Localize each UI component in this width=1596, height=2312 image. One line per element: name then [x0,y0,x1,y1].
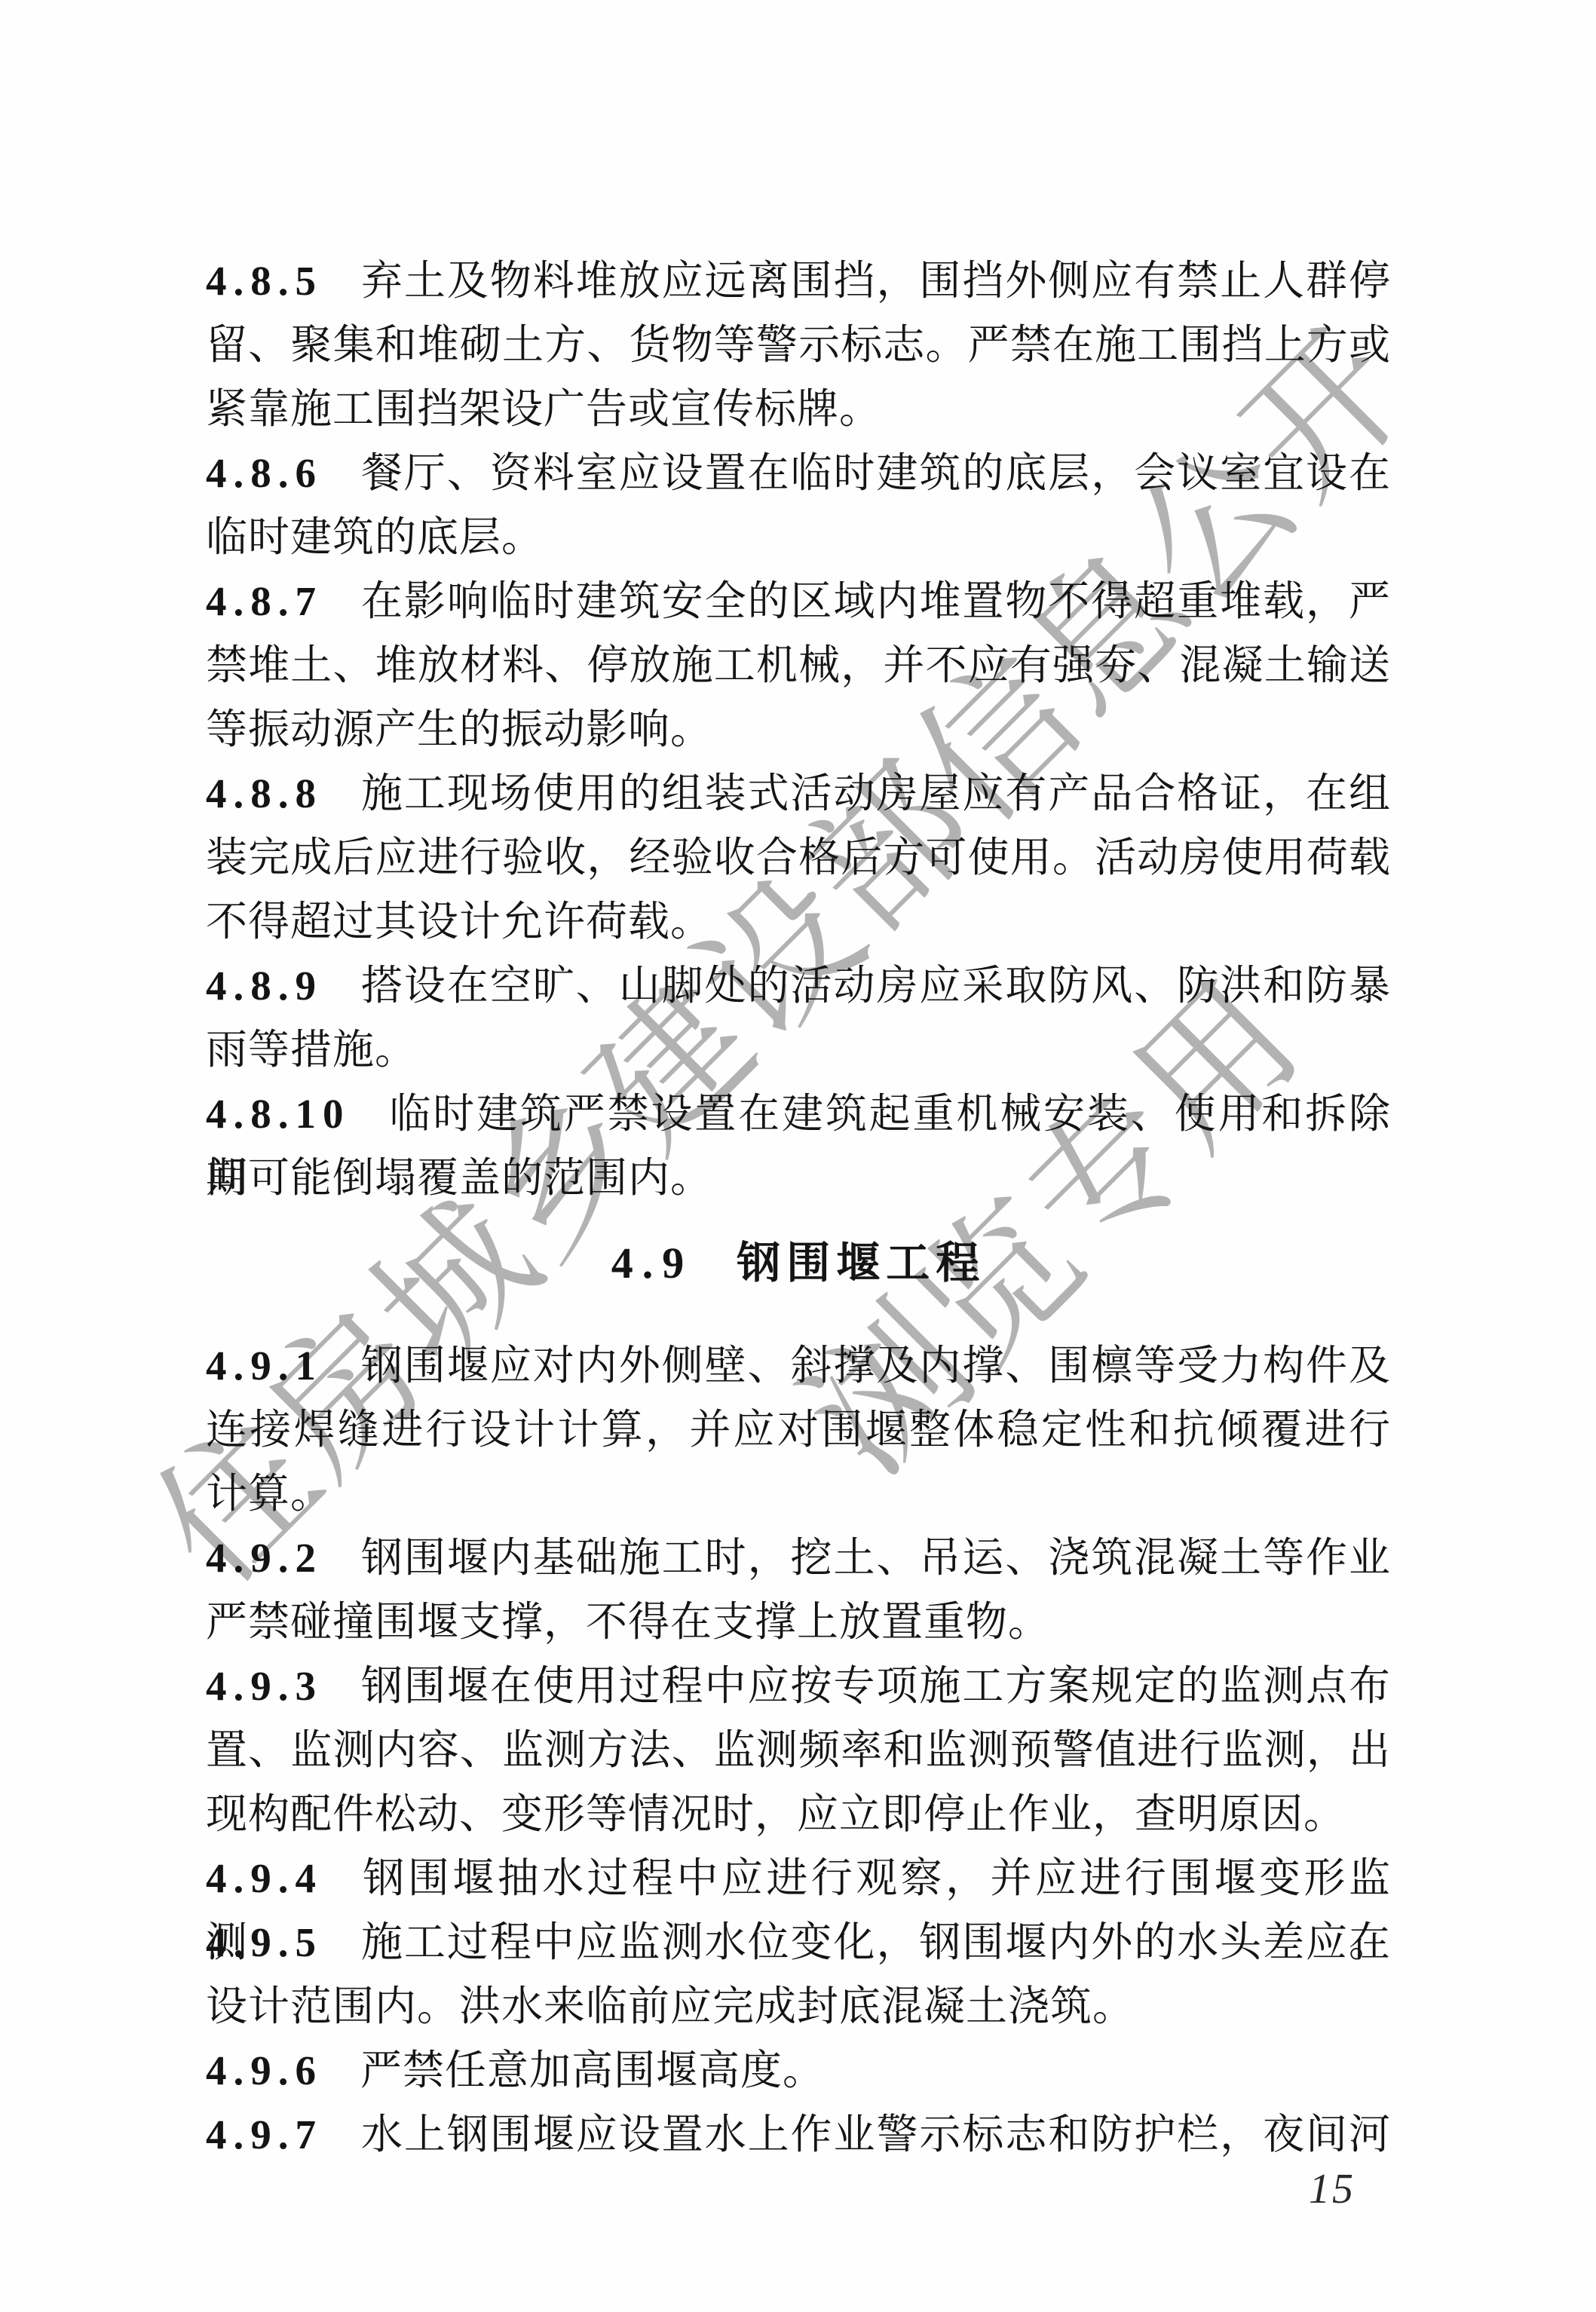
clause-4.8.7: 4.8.7在影响临时建筑安全的区域内堆置物不得超重堆载，严禁堆土、堆放材料、停放… [206,569,1391,761]
clause-text: 等振动源产生的振动影响。 [206,706,712,752]
clause-line: 间可能倒塌覆盖的范围内。 [206,1146,1391,1210]
clause-line: 计算。 [206,1462,1391,1526]
clause-text: 紧靠施工围挡架设广告或宣传标牌。 [206,386,881,432]
clauses-section-4-8: 4.8.5弃土及物料堆放应远离围挡，围挡外侧应有禁止人群停留、聚集和堆砌土方、货… [206,249,1391,1210]
clause-text: 计算。 [206,1471,332,1517]
clause-number: 4.8.6 [206,441,323,505]
clause-line: 4.8.8施工现场使用的组装式活动房屋应有产品合格证，在组 [206,761,1391,825]
clause-text: 置、监测内容、监测方法、监测频率和监测预警值进行监测，出 [206,1727,1391,1773]
clause-line: 紧靠施工围挡架设广告或宣传标牌。 [206,377,1391,441]
section-heading: 4.9钢围堰工程 [206,1231,1391,1295]
clause-number: 4.8.10 [206,1082,351,1146]
clause-4.9.7: 4.9.7水上钢围堰应设置水上作业警示标志和防护栏，夜间河 [206,2102,1391,2167]
clause-text: 连接焊缝进行设计计算，并应对围堰整体稳定性和抗倾覆进行 [206,1407,1391,1453]
clause-4.9.3: 4.9.3钢围堰在使用过程中应按专项施工方案规定的监测点布置、监测内容、监测方法… [206,1654,1391,1846]
clause-line: 设计范围内。洪水来临前应完成封底混凝土浇筑。 [206,1974,1391,2038]
section-heading-title: 钢围堰工程 [737,1239,985,1288]
clause-4.8.10: 4.8.10临时建筑严禁设置在建筑起重机械安装、使用和拆除期间可能倒塌覆盖的范围… [206,1082,1391,1210]
clause-text: 施工现场使用的组装式活动房屋应有产品合格证，在组 [360,770,1391,816]
clause-4.9.1: 4.9.1钢围堰应对内外侧壁、斜撑及内撑、围檩等受力构件及连接焊缝进行设计计算，… [206,1334,1391,1526]
clause-line: 留、聚集和堆砌土方、货物等警示标志。严禁在施工围挡上方或 [206,313,1391,377]
clause-4.9.4: 4.9.4钢围堰抽水过程中应进行观察，并应进行围堰变形监测。 [206,1846,1391,1910]
clause-text: 钢围堰应对内外侧壁、斜撑及内撑、围檩等受力构件及 [360,1343,1391,1389]
clause-line: 严禁碰撞围堰支撑，不得在支撑上放置重物。 [206,1590,1391,1654]
clause-4.9.2: 4.9.2钢围堰内基础施工时，挖土、吊运、浇筑混凝土等作业严禁碰撞围堰支撑，不得… [206,1526,1391,1654]
clause-line: 置、监测内容、监测方法、监测频率和监测预警值进行监测，出 [206,1718,1391,1782]
clause-number: 4.9.4 [206,1846,323,1910]
clause-text: 水上钢围堰应设置水上作业警示标志和防护栏，夜间河 [360,2111,1391,2157]
clause-line: 4.9.5施工过程中应监测水位变化，钢围堰内外的水头差应在 [206,1910,1391,1974]
clause-line: 4.9.3钢围堰在使用过程中应按专项施工方案规定的监测点布 [206,1654,1391,1718]
clause-line: 连接焊缝进行设计计算，并应对围堰整体稳定性和抗倾覆进行 [206,1398,1391,1462]
clause-line: 雨等措施。 [206,1018,1391,1082]
clause-text: 餐厅、资料室应设置在临时建筑的底层，会议室宜设在 [360,450,1391,496]
clause-line: 装完成后应进行验收，经验收合格后方可使用。活动房使用荷载 [206,825,1391,890]
clause-line: 4.9.6严禁任意加高围堰高度。 [206,2038,1391,2102]
clause-4.9.6: 4.9.6严禁任意加高围堰高度。 [206,2038,1391,2102]
clause-line: 4.9.1钢围堰应对内外侧壁、斜撑及内撑、围檩等受力构件及 [206,1334,1391,1398]
clause-number: 4.9.1 [206,1334,323,1398]
clause-number: 4.8.8 [206,761,323,825]
clause-text: 弃土及物料堆放应远离围挡，围挡外侧应有禁止人群停 [360,258,1391,304]
clause-line: 4.8.9搭设在空旷、山脚处的活动房应采取防风、防洪和防暴 [206,954,1391,1018]
clause-text: 搭设在空旷、山脚处的活动房应采取防风、防洪和防暴 [360,963,1391,1009]
clause-number: 4.9.3 [206,1654,323,1718]
clause-line: 4.8.6餐厅、资料室应设置在临时建筑的底层，会议室宜设在 [206,441,1391,505]
clause-line: 4.8.7在影响临时建筑安全的区域内堆置物不得超重堆载，严 [206,569,1391,633]
clause-4.9.5: 4.9.5施工过程中应监测水位变化，钢围堰内外的水头差应在设计范围内。洪水来临前… [206,1910,1391,2038]
text-body: 4.8.5弃土及物料堆放应远离围挡，围挡外侧应有禁止人群停留、聚集和堆砌土方、货… [206,249,1391,2167]
clause-text: 装完成后应进行验收，经验收合格后方可使用。活动房使用荷载 [206,834,1391,880]
clause-line: 禁堆土、堆放材料、停放施工机械，并不应有强夯、混凝土输送 [206,633,1391,697]
clause-line: 4.9.2钢围堰内基础施工时，挖土、吊运、浇筑混凝土等作业 [206,1526,1391,1590]
clause-text: 现构配件松动、变形等情况时，应立即停止作业，查明原因。 [206,1791,1346,1837]
clause-text: 钢围堰内基础施工时，挖土、吊运、浇筑混凝土等作业 [360,1535,1391,1581]
clause-line: 4.8.10临时建筑严禁设置在建筑起重机械安装、使用和拆除期 [206,1082,1391,1146]
clause-text: 严禁任意加高围堰高度。 [360,2047,825,2093]
clause-number: 4.8.9 [206,954,323,1018]
clause-4.8.6: 4.8.6餐厅、资料室应设置在临时建筑的底层，会议室宜设在临时建筑的底层。 [206,441,1391,569]
clause-text: 严禁碰撞围堰支撑，不得在支撑上放置重物。 [206,1599,1050,1645]
clause-number: 4.9.6 [206,2038,323,2102]
clause-line: 不得超过其设计允许荷载。 [206,890,1391,954]
clause-text: 不得超过其设计允许荷载。 [206,899,712,945]
clause-text: 间可能倒塌覆盖的范围内。 [206,1155,712,1201]
clause-line: 临时建筑的底层。 [206,505,1391,569]
clause-text: 在影响临时建筑安全的区域内堆置物不得超重堆载，严 [360,578,1391,624]
clause-text: 设计范围内。洪水来临前应完成封底混凝土浇筑。 [206,1983,1135,2029]
document-page: 住房城乡建设部信息公开 浏览专用 4.8.5弃土及物料堆放应远离围挡，围挡外侧应… [0,0,1596,2312]
clause-text: 留、聚集和堆砌土方、货物等警示标志。严禁在施工围挡上方或 [206,322,1391,368]
clause-text: 施工过程中应监测水位变化，钢围堰内外的水头差应在 [360,1919,1391,1965]
clause-4.8.8: 4.8.8施工现场使用的组装式活动房屋应有产品合格证，在组装完成后应进行验收，经… [206,761,1391,954]
clauses-section-4-9: 4.9.1钢围堰应对内外侧壁、斜撑及内撑、围檩等受力构件及连接焊缝进行设计计算，… [206,1334,1391,2167]
clause-4.8.9: 4.8.9搭设在空旷、山脚处的活动房应采取防风、防洪和防暴雨等措施。 [206,954,1391,1082]
clause-number: 4.8.5 [206,249,323,313]
clause-line: 4.8.5弃土及物料堆放应远离围挡，围挡外侧应有禁止人群停 [206,249,1391,313]
clause-line: 现构配件松动、变形等情况时，应立即停止作业，查明原因。 [206,1782,1391,1846]
clause-number: 4.9.7 [206,2102,323,2167]
clause-text: 雨等措施。 [206,1027,417,1073]
clause-4.8.5: 4.8.5弃土及物料堆放应远离围挡，围挡外侧应有禁止人群停留、聚集和堆砌土方、货… [206,249,1391,441]
clause-text: 钢围堰在使用过程中应按专项施工方案规定的监测点布 [360,1663,1391,1709]
clause-text: 禁堆土、堆放材料、停放施工机械，并不应有强夯、混凝土输送 [206,642,1391,688]
clause-number: 4.9.2 [206,1526,323,1590]
clause-number: 4.9.5 [206,1910,323,1974]
clause-line: 等振动源产生的振动影响。 [206,697,1391,761]
clause-line: 4.9.4钢围堰抽水过程中应进行观察，并应进行围堰变形监测。 [206,1846,1391,1910]
clause-text: 临时建筑的底层。 [206,514,544,560]
section-heading-number: 4.9 [611,1239,694,1288]
clause-number: 4.8.7 [206,569,323,633]
clause-line: 4.9.7水上钢围堰应设置水上作业警示标志和防护栏，夜间河 [206,2102,1391,2167]
page-number: 15 [1309,2165,1356,2213]
